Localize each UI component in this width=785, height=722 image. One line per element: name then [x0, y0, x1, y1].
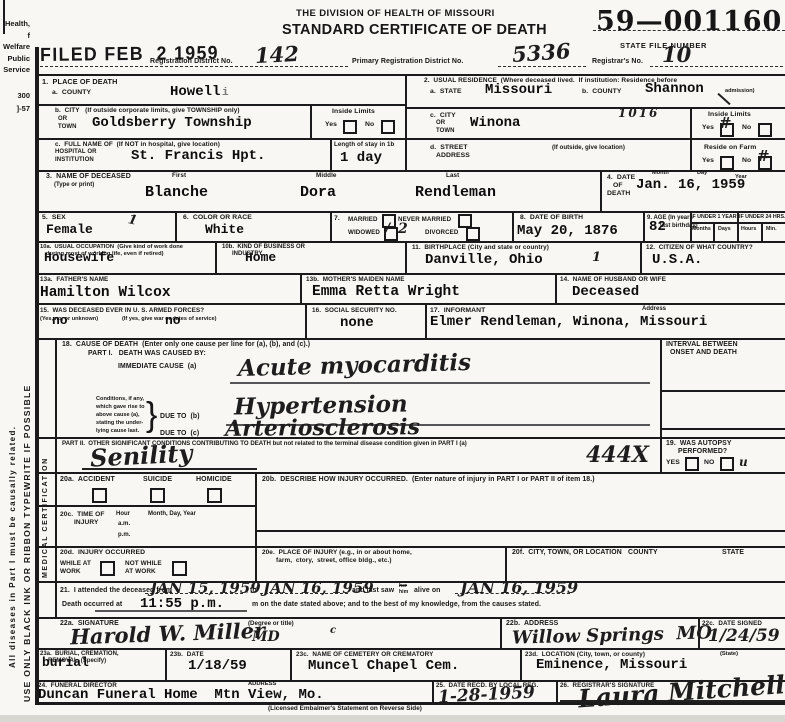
place-county-stray: i [222, 87, 229, 99]
part1-label: PART I. DEATH WAS CAUSED BY: [88, 350, 206, 357]
residence-state-value: Missouri [485, 82, 552, 98]
cause-a-line [230, 382, 650, 384]
part2-code: 444X [586, 442, 649, 468]
street-label-2: ADDRESS [436, 152, 470, 159]
rule [305, 303, 307, 340]
burial-value: burial [42, 655, 89, 670]
injury-occurred-label: 20d. INJURY OCCURRED [60, 549, 145, 556]
primary-district-label: Primary Registration District No. [352, 58, 463, 65]
suicide-checkbox [150, 488, 165, 503]
min-label: Min. [766, 226, 777, 232]
imprint-line: Service [0, 64, 30, 76]
rule [35, 648, 785, 650]
burial-date-label: 23b. DATE [170, 651, 204, 658]
rule [500, 617, 502, 650]
due-to-c-value: Arteriosclerosis [225, 414, 420, 442]
autopsy-label-1: 19. WAS AUTOPSY [666, 440, 732, 447]
header-rule [498, 66, 586, 67]
hour-label: Hour [116, 511, 130, 517]
sex-label: 5. SEX [42, 214, 66, 221]
death-date-label-3: DEATH [607, 190, 630, 197]
attended-alive-label: alive on [414, 587, 440, 594]
rule [35, 472, 785, 474]
residence-admission-label: admission) [725, 88, 755, 94]
never-married-checkbox [458, 214, 472, 228]
rule [255, 530, 785, 532]
autopsy-label-2: PERFORMED? [678, 448, 727, 455]
rule [555, 273, 557, 305]
place-of-injury-label: 20e. PLACE OF INJURY (e.g., in or about … [262, 549, 412, 556]
business-value: Home [245, 250, 276, 265]
informant-value: Elmer Rendleman, Winona, Missouri [430, 314, 707, 330]
residence-county-value: Shannon [645, 81, 704, 97]
widowed-label: WIDOWED [348, 229, 380, 236]
autopsy-stray-mark: u [739, 455, 748, 469]
informant-address-label: Address [642, 306, 666, 312]
widowed-tick: / [385, 221, 390, 237]
rule [215, 241, 217, 275]
month-label: Month [652, 170, 669, 176]
scan-edge-artifact [3, 0, 5, 34]
injury-time-label-2: INJURY [74, 519, 99, 526]
rule [35, 74, 785, 76]
father-value: Hamilton Wilcox [40, 285, 171, 301]
while-at-work-checkbox [100, 561, 115, 576]
death-date-label: 4. DATE [607, 174, 635, 181]
married-label: MARRIED [348, 216, 378, 223]
not-while-checkbox [172, 561, 187, 576]
death-date-value: Jan. 16, 1959 [636, 177, 745, 193]
inside-limits-1-yes-checkbox [343, 120, 357, 134]
stay-label: Length of stay in 1b [334, 141, 394, 148]
hours-label: Hours [741, 226, 756, 232]
birthplace-value: Danville, Ohio [425, 252, 543, 268]
division-title: THE DIVISION OF HEALTH OF MISSOURI [296, 8, 495, 19]
rule [600, 170, 602, 213]
widowed-mark: 2 [398, 221, 408, 237]
embalmer-footer: (Licensed Embalmer's Statement on Revers… [268, 705, 422, 712]
signature-stray: c [330, 625, 336, 636]
residence-city-label: c. CITY [430, 112, 456, 119]
residence-city-note: 1016 [618, 106, 659, 120]
death-certificate-scan: Health, f Welfare Public Service 300 ]-5… [0, 0, 785, 722]
place-city-value: Goldsberry Township [92, 115, 252, 131]
birth-date-value: May 20, 1876 [517, 223, 618, 239]
middle-name: Dora [300, 184, 336, 201]
interval-rule [662, 390, 785, 392]
rule [330, 138, 332, 172]
hospital-label: c. FULL NAME OF (If NOT in hospital, giv… [55, 141, 220, 148]
under-1-year-label: IF UNDER 1 YEAR [691, 214, 737, 220]
place-county-label: a. COUNTY [52, 89, 91, 96]
rule [35, 617, 785, 619]
race-label: 6. COLOR OR RACE [183, 214, 252, 221]
accident-checkbox [92, 488, 107, 503]
rule [643, 211, 645, 243]
last-alive-date: JAN 16, 1959 [460, 578, 578, 597]
place-city-or: OR [58, 116, 67, 122]
hospital-label-2: HOSPITAL OR [55, 149, 97, 155]
residence-city-or: OR [436, 120, 445, 126]
interval-label-1: INTERVAL BETWEEN [666, 341, 738, 348]
rule [660, 338, 662, 474]
rule [520, 648, 522, 682]
autopsy-yes-label: YES [666, 459, 680, 466]
day-label: Day [697, 170, 707, 176]
homicide-checkbox [207, 488, 222, 503]
imprint-code: 300 [0, 90, 30, 102]
conditions-note-5: lying cause last. [96, 428, 139, 434]
street-hint: (If outside, give location) [552, 144, 625, 151]
age-value: 82 [649, 219, 666, 235]
no-label: No [742, 124, 751, 131]
injury-city-label: 20f. CITY, TOWN, OR LOCATION [512, 549, 622, 556]
occupation-value: Housewife [44, 250, 114, 265]
ssn-value: none [340, 315, 374, 331]
residence-state-label: a. STATE [430, 88, 462, 95]
cemetery-label: 23c. NAME OF CEMETERY OR CREMATORY [296, 651, 433, 658]
rule [35, 170, 785, 172]
autopsy-yes-checkbox [685, 457, 699, 471]
suicide-label: SUICIDE [143, 476, 172, 483]
divorced-label: DIVORCED [425, 229, 458, 236]
rule [35, 546, 785, 548]
rule [35, 273, 785, 275]
last-name: Rendleman [415, 184, 496, 201]
immediate-cause-label: IMMEDIATE CAUSE (a) [118, 363, 196, 370]
inside-limits-label-1: Inside Limits [332, 108, 375, 115]
inside-limits-2-no-checkbox [758, 123, 772, 137]
rule [35, 581, 785, 583]
while-at-work-label: WHILE AT [60, 560, 91, 567]
rule [405, 241, 407, 275]
rule [556, 680, 558, 703]
attended-from-date: JAN 15, 1959 [150, 579, 261, 597]
months-label: Months [692, 226, 711, 232]
rule [761, 222, 763, 243]
rule [432, 680, 434, 703]
pm-label: p.m. [118, 532, 130, 538]
autopsy-no-checkbox [720, 457, 734, 471]
physician-signature: Harold W. Miller [70, 618, 266, 650]
imprint-line: Public [0, 53, 30, 65]
rule [330, 211, 332, 243]
rule [35, 303, 785, 305]
attended-to-date: JAN 16, 1959 [263, 579, 374, 597]
am-label: a.m. [118, 521, 130, 527]
filed-stamp: FILED FEB 2 1959 [40, 43, 219, 67]
birthplace-stray: 1 [592, 250, 601, 265]
rule [300, 273, 302, 305]
medical-certification-label: MEDICAL CERTIFICATION [42, 457, 49, 578]
informant-label: 17. INFORMANT [430, 307, 485, 314]
physician-degree: MD [252, 629, 280, 645]
no-label: No [742, 157, 751, 164]
date-signed-value: 1/24/59 [708, 626, 780, 646]
imprint-code: ]-57 [0, 103, 30, 115]
conditions-note-4: stating the under- [96, 420, 143, 426]
death-time-value: 11:55 p.m. [140, 596, 224, 612]
citizen-value: U.S.A. [652, 252, 702, 268]
cause-label: 18. CAUSE OF DEATH (Enter only one cause… [62, 341, 310, 348]
place-of-injury-label-2: farm, ctory, street, office bldg., etc.) [276, 557, 392, 564]
hospital-label-3: INSTITUTION [55, 157, 94, 163]
armed-forces-value-1: no [52, 313, 68, 328]
days-label: Days [718, 226, 731, 232]
rule [405, 107, 785, 109]
race-value: White [205, 222, 244, 237]
while-at-work-label-2: WORK [60, 568, 81, 575]
residence-city-town: TOWN [436, 128, 455, 134]
mother-label: 13b. MOTHER'S MAIDEN NAME [306, 276, 405, 283]
citizen-label: 12. CITIZEN OF WHAT COUNTRY? [646, 244, 753, 251]
spouse-value: Deceased [572, 284, 639, 300]
due-to-c-label: DUE TO (c) [160, 430, 199, 437]
injury-state-label: STATE [722, 549, 744, 556]
farm-label: Reside on Farm [704, 144, 756, 151]
yes-label: Yes [702, 157, 714, 164]
not-while-label: NOT WHILE [125, 560, 162, 567]
place-title: 1. PLACE OF DEATH [42, 77, 117, 86]
name-type-label: (Type or print) [54, 182, 94, 188]
marital-number: 7. [334, 215, 340, 222]
rule [713, 222, 715, 243]
attended-post-label: m on the date stated above; and to the b… [252, 601, 541, 608]
last-label: Last [446, 172, 459, 179]
father-label: 13a. FATHER'S NAME [40, 276, 108, 283]
conditions-note-1: Conditions, if any, [96, 396, 144, 402]
state-paren-label: (State) [720, 651, 738, 657]
rule [35, 505, 255, 507]
no-label: No [365, 121, 374, 128]
rule [512, 211, 514, 243]
reg-district-no: 142 [254, 41, 299, 68]
inside-limits-2-yes-mark: # [719, 114, 732, 132]
residence-county-label: b. COUNTY [582, 88, 622, 95]
accident-label: 20a. ACCIDENT [60, 476, 115, 483]
middle-label: Middle [316, 172, 337, 179]
birth-date-label: 8. DATE OF BIRTH [520, 214, 583, 221]
not-while-label-2: AT WORK [125, 568, 156, 575]
part2-value: Senility [89, 438, 193, 472]
under-24-hrs-label: IF UNDER 24 HRS. [739, 214, 785, 220]
due-to-b-label: DUE TO (b) [160, 413, 200, 420]
rule [165, 648, 167, 682]
physician-address: Willow Springs MO [512, 622, 713, 648]
interval-rule [662, 428, 785, 430]
conditions-note-2: which gave rise to [96, 404, 145, 410]
state-file-number: 59—001160 [596, 6, 782, 37]
first-name: Blanche [145, 184, 208, 201]
divorced-checkbox [466, 227, 480, 241]
death-date-label-2: OF [613, 182, 623, 189]
yes-label: Yes [702, 124, 714, 131]
inside-limits-1-no-checkbox [381, 120, 395, 134]
spouse-label: 14. NAME OF HUSBAND OR WIFE [560, 276, 666, 283]
immediate-cause-value: Acute myocarditis [238, 349, 472, 382]
injury-county-label: COUNTY [628, 549, 658, 556]
rule [310, 104, 312, 140]
death-occurred-label: Death occurred at [62, 601, 122, 608]
funeral-director-value: Duncan Funeral Home Mtn View, Mo. [38, 687, 324, 703]
primary-district-no: 5336 [511, 38, 571, 67]
him-label: him [399, 589, 408, 595]
rule [640, 241, 642, 275]
scan-bottom-band [0, 715, 785, 722]
margin-note-ink: USE ONLY BLACK INK OR RIBBON TYPEWRITE I… [22, 384, 32, 702]
rule [425, 303, 427, 340]
farm-no-mark: # [757, 147, 770, 165]
place-city-town: TOWN [58, 124, 77, 130]
rule [55, 338, 57, 619]
registrar-no: 10 [662, 42, 691, 67]
cemetery-location-value: Eminence, Missouri [536, 657, 687, 673]
autopsy-no-label: NO [704, 459, 714, 466]
registrar-signature-value: Laura Mitchell. [577, 670, 785, 714]
farm-yes-checkbox [720, 156, 734, 170]
rule [255, 472, 257, 583]
rule [405, 74, 407, 172]
place-city-label: b. CITY (If outside corporate limits, gi… [55, 107, 240, 114]
rule [35, 338, 785, 340]
homicide-label: HOMICIDE [196, 476, 232, 483]
rule [175, 211, 177, 243]
rule [690, 222, 785, 224]
rule [690, 107, 692, 172]
injury-desc-label: 20b. DESCRIBE HOW INJURY OCCURRED. (Ente… [262, 476, 595, 483]
sex-stray-mark: 1 [127, 212, 139, 229]
rule [35, 138, 785, 140]
birthplace-label: 11. BIRTHPLACE (City and state or countr… [412, 244, 549, 251]
name-label: 3. NAME OF DECEASED [46, 173, 131, 180]
border-left [35, 47, 39, 704]
street-label: d. STREET [430, 144, 468, 151]
interval-label-2: ONSET AND DEATH [670, 349, 737, 356]
certificate-title: STANDARD CERTIFICATE OF DEATH [282, 22, 547, 38]
armed-forces-value-2: no [165, 313, 181, 328]
place-county-value: Howell [170, 84, 220, 100]
sex-value: Female [46, 222, 93, 237]
hospital-value: St. Francis Hpt. [131, 148, 265, 164]
burial-date-value: 1/18/59 [188, 658, 247, 674]
ssn-label: 16. SOCIAL SECURITY NO. [312, 307, 397, 314]
registrar-no-label: Registrar's No. [592, 58, 643, 65]
rule [35, 211, 785, 213]
rule [35, 104, 405, 106]
arrow-stroke [717, 93, 730, 105]
conditions-brace: } [146, 396, 157, 435]
month-day-year-label: Month, Day, Year [148, 511, 196, 517]
margin-note-diseases: All diseases in Part I must be causally … [8, 426, 17, 668]
injury-time-label: 20c. TIME OF [60, 511, 105, 518]
rule [290, 648, 292, 682]
mother-value: Emma Retta Wright [312, 284, 460, 300]
yes-label: Yes [325, 121, 337, 128]
cemetery-value: Muncel Chapel Cem. [308, 658, 459, 674]
armed-forces-label-2: (Yes, no, or unknown) [40, 316, 98, 322]
first-label: First [172, 172, 186, 179]
rule [35, 241, 785, 243]
stay-value: 1 day [340, 150, 382, 166]
residence-city-value: Winona [470, 115, 520, 131]
conditions-note-3: above cause (a), [96, 412, 140, 418]
